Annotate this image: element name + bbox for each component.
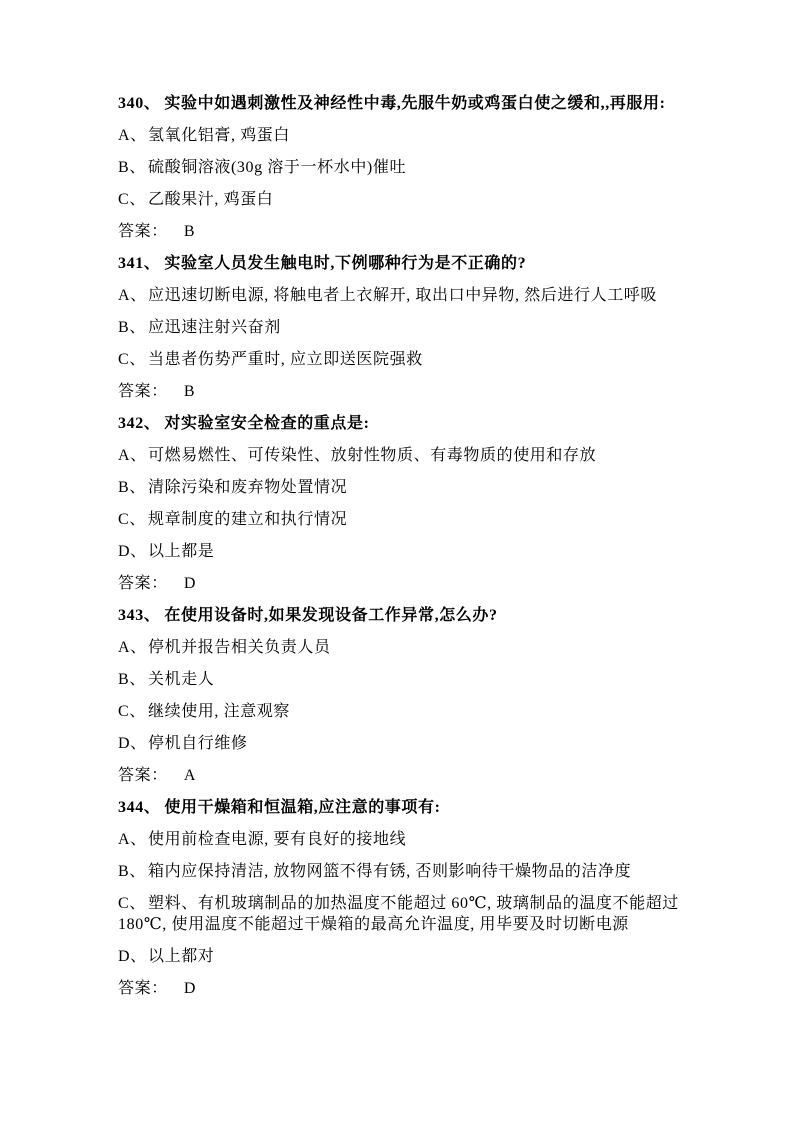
question-title: 342、对实验室安全检查的重点是: bbox=[118, 413, 680, 434]
question-number: 341、 bbox=[118, 255, 160, 272]
option-text: 应迅速切断电源, 将触电者上衣解开, 取出口中异物, 然后进行人工呼吸 bbox=[148, 287, 657, 304]
question-title-text: 对实验室安全检查的重点是: bbox=[164, 415, 369, 432]
option-row: A、使用前检查电源, 要有良好的接地线 bbox=[118, 829, 680, 850]
question-title: 343、在使用设备时,如果发现设备工作异常,怎么办? bbox=[118, 605, 680, 626]
answer-value: A bbox=[184, 767, 196, 784]
option-letter: C、 bbox=[118, 349, 148, 370]
answer-value: B bbox=[184, 223, 195, 240]
option-row: C、乙酸果汁, 鸡蛋白 bbox=[118, 189, 680, 210]
answer-value: D bbox=[184, 980, 196, 997]
option-text: 应迅速注射兴奋剂 bbox=[148, 319, 281, 336]
questions-list: 340、实验中如遇刺激性及神经性中毒,先服牛奶或鸡蛋白使之缓和,,再服用: A、… bbox=[118, 93, 680, 1010]
question-title-text: 实验中如遇刺激性及神经性中毒,先服牛奶或鸡蛋白使之缓和,,再服用: bbox=[164, 95, 665, 112]
option-row: D、以上都是 bbox=[118, 541, 680, 562]
option-text: 塑料、有机玻璃制品的加热温度不能超过 60℃, 玻璃制品的温度不能超过 180℃… bbox=[118, 895, 679, 933]
option-row: C、规章制度的建立和执行情况 bbox=[118, 509, 680, 530]
option-text: 当患者伤势严重时, 应立即送医院强救 bbox=[148, 351, 423, 368]
question-title-text: 使用干燥箱和恒温箱,应注意的事项有: bbox=[164, 799, 440, 816]
option-letter: B、 bbox=[118, 477, 148, 498]
option-text: 箱内应保持清洁, 放物网篮不得有锈, 否则影响待干燥物品的洁净度 bbox=[148, 863, 631, 880]
document-page: 340、实验中如遇刺激性及神经性中毒,先服牛奶或鸡蛋白使之缓和,,再服用: A、… bbox=[0, 0, 793, 1122]
option-letter: A、 bbox=[118, 445, 148, 466]
answer-label: 答案： bbox=[118, 767, 168, 784]
option-letter: C、 bbox=[118, 701, 148, 722]
question-title: 341、实验室人员发生触电时,下例哪种行为是不正确的? bbox=[118, 253, 680, 274]
question-340: 340、实验中如遇刺激性及神经性中毒,先服牛奶或鸡蛋白使之缓和,,再服用: A、… bbox=[118, 93, 680, 242]
answer-label: 答案： bbox=[118, 980, 168, 997]
option-row: B、硫酸铜溶液(30g 溶于一杯水中)催吐 bbox=[118, 157, 680, 178]
answer-row: 答案：D bbox=[118, 978, 680, 999]
option-letter: B、 bbox=[118, 861, 148, 882]
option-text: 可燃易燃性、可传染性、放射性物质、有毒物质的使用和存放 bbox=[148, 447, 596, 464]
option-text: 以上都对 bbox=[148, 948, 214, 965]
answer-value: D bbox=[184, 575, 196, 592]
option-text: 氢氧化铝膏, 鸡蛋白 bbox=[148, 127, 290, 144]
question-title-text: 在使用设备时,如果发现设备工作异常,怎么办? bbox=[164, 607, 497, 624]
option-row: C、当患者伤势严重时, 应立即送医院强救 bbox=[118, 349, 680, 370]
answer-row: 答案：A bbox=[118, 765, 680, 786]
option-row: C、塑料、有机玻璃制品的加热温度不能超过 60℃, 玻璃制品的温度不能超过 18… bbox=[118, 893, 680, 935]
option-text: 使用前检查电源, 要有良好的接地线 bbox=[148, 831, 406, 848]
question-number: 344、 bbox=[118, 799, 160, 816]
option-text: 停机并报告相关负责人员 bbox=[148, 639, 331, 656]
question-title-text: 实验室人员发生触电时,下例哪种行为是不正确的? bbox=[164, 255, 526, 272]
option-letter: C、 bbox=[118, 893, 148, 914]
question-title: 340、实验中如遇刺激性及神经性中毒,先服牛奶或鸡蛋白使之缓和,,再服用: bbox=[118, 93, 680, 114]
option-text: 继续使用, 注意观察 bbox=[148, 703, 290, 720]
option-letter: A、 bbox=[118, 125, 148, 146]
answer-row: 答案：B bbox=[118, 221, 680, 242]
option-letter: C、 bbox=[118, 509, 148, 530]
question-341: 341、实验室人员发生触电时,下例哪种行为是不正确的? A、应迅速切断电源, 将… bbox=[118, 253, 680, 402]
option-row: D、以上都对 bbox=[118, 946, 680, 967]
option-letter: B、 bbox=[118, 317, 148, 338]
option-row: B、应迅速注射兴奋剂 bbox=[118, 317, 680, 338]
option-letter: B、 bbox=[118, 157, 148, 178]
option-letter: D、 bbox=[118, 541, 148, 562]
option-text: 以上都是 bbox=[148, 543, 214, 560]
option-letter: A、 bbox=[118, 285, 148, 306]
question-title: 344、使用干燥箱和恒温箱,应注意的事项有: bbox=[118, 797, 680, 818]
option-row: B、箱内应保持清洁, 放物网篮不得有锈, 否则影响待干燥物品的洁净度 bbox=[118, 861, 680, 882]
option-text: 关机走人 bbox=[148, 671, 214, 688]
option-row: B、关机走人 bbox=[118, 669, 680, 690]
question-number: 340、 bbox=[118, 95, 160, 112]
option-row: A、应迅速切断电源, 将触电者上衣解开, 取出口中异物, 然后进行人工呼吸 bbox=[118, 285, 680, 306]
answer-label: 答案： bbox=[118, 223, 168, 240]
option-letter: D、 bbox=[118, 733, 148, 754]
question-344: 344、使用干燥箱和恒温箱,应注意的事项有: A、使用前检查电源, 要有良好的接… bbox=[118, 797, 680, 999]
option-row: B、清除污染和废弃物处置情况 bbox=[118, 477, 680, 498]
question-number: 342、 bbox=[118, 415, 160, 432]
option-text: 清除污染和废弃物处置情况 bbox=[148, 479, 347, 496]
option-row: C、继续使用, 注意观察 bbox=[118, 701, 680, 722]
question-342: 342、对实验室安全检查的重点是: A、可燃易燃性、可传染性、放射性物质、有毒物… bbox=[118, 413, 680, 594]
option-text: 规章制度的建立和执行情况 bbox=[148, 511, 347, 528]
answer-row: 答案：B bbox=[118, 381, 680, 402]
option-text: 乙酸果汁, 鸡蛋白 bbox=[148, 191, 273, 208]
option-text: 停机自行维修 bbox=[148, 735, 248, 752]
option-row: A、氢氧化铝膏, 鸡蛋白 bbox=[118, 125, 680, 146]
option-letter: D、 bbox=[118, 946, 148, 967]
answer-value: B bbox=[184, 383, 195, 400]
answer-label: 答案： bbox=[118, 575, 168, 592]
option-letter: A、 bbox=[118, 637, 148, 658]
answer-row: 答案：D bbox=[118, 573, 680, 594]
option-row: D、停机自行维修 bbox=[118, 733, 680, 754]
option-text: 硫酸铜溶液(30g 溶于一杯水中)催吐 bbox=[148, 159, 406, 176]
option-letter: C、 bbox=[118, 189, 148, 210]
option-letter: A、 bbox=[118, 829, 148, 850]
option-row: A、可燃易燃性、可传染性、放射性物质、有毒物质的使用和存放 bbox=[118, 445, 680, 466]
question-number: 343、 bbox=[118, 607, 160, 624]
option-row: A、停机并报告相关负责人员 bbox=[118, 637, 680, 658]
answer-label: 答案： bbox=[118, 383, 168, 400]
option-letter: B、 bbox=[118, 669, 148, 690]
question-343: 343、在使用设备时,如果发现设备工作异常,怎么办? A、停机并报告相关负责人员… bbox=[118, 605, 680, 786]
